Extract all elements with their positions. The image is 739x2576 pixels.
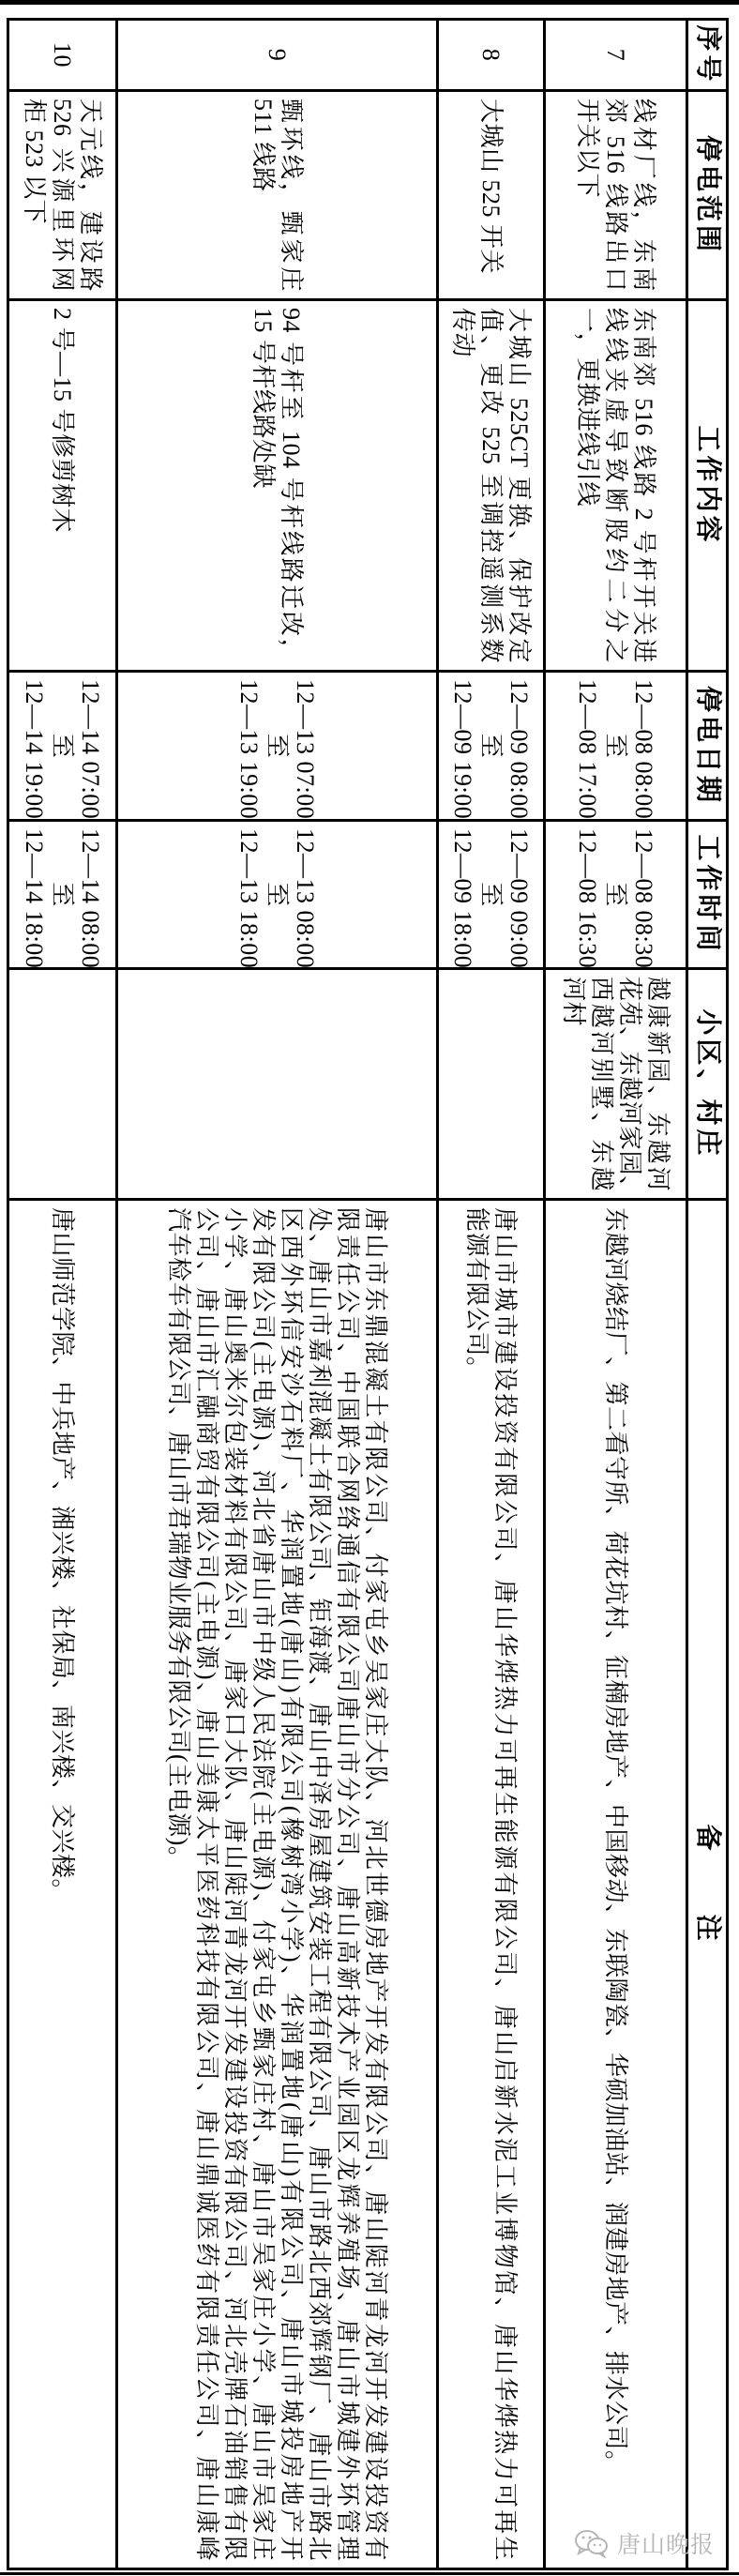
scope-line: 甄环线，甄家庄 <box>278 98 306 292</box>
table-row: 9 甄环线，甄家庄 511 线路 94 号杆至 104 号杆线路迁改， 15 号… <box>117 20 438 2569</box>
cell-work: 东南郊 516 线路 2 号杆开关进 线线夹虚导致断股约二分之 一，更换进线引线 <box>545 300 687 672</box>
time-end: 12—08 16:30 <box>574 828 602 961</box>
cell-outage-date: 12—08 08:00 至 12—08 17:00 <box>545 672 687 821</box>
cell-work-time: 12—14 08:00 至 12—14 18:00 <box>8 821 117 969</box>
date-end: 12—09 19:00 <box>449 679 477 812</box>
scope-line: 开关以下 <box>574 98 602 292</box>
header-communities: 小区、村庄 <box>687 969 728 1200</box>
remark-line: 唐山市城市建设投资有限公司、唐山华烨热力可再生能源有限公司、唐山启新水泥工业博物… <box>491 1207 520 2561</box>
cell-scope: 大城山 525 开关 <box>438 91 545 300</box>
scope-line: 柜 523 以下 <box>21 98 49 292</box>
remark-line: 唐山市东鼎混凝土有限公司、付家屯乡吴家庄大队、河北世德房地产开发有限公司、唐山陡… <box>362 1207 390 2561</box>
cell-communities: 越康新园、东越河 花苑、东越河家园、 西越河别墅、东越 河村 <box>545 969 687 1200</box>
remark-line: 发有限公司(主电源)、河北省唐山市中级人民法院(主电源)、付家屯乡甄家庄村、唐山… <box>249 1207 278 2561</box>
time-start: 12—09 09:00 <box>505 828 534 961</box>
cell-outage-date: 12—13 07:00 至 12—13 19:00 <box>117 672 438 821</box>
table-row: 10 天元线，建设路 526 兴源里环网 柜 523 以下 2 号—15 号修剪… <box>8 20 117 2569</box>
cell-remarks: 唐山市东鼎混凝土有限公司、付家屯乡吴家庄大队、河北世德房地产开发有限公司、唐山陡… <box>117 1200 438 2569</box>
work-line: 一，更换进线引线 <box>574 308 602 663</box>
remark-line: 处、唐山市嘉利混凝土有限公司、钜海渡、唐山中泽房屋建筑安装工程有限公司、唐山市路… <box>306 1207 334 2561</box>
date-start: 12—14 07:00 <box>77 679 105 812</box>
table-row: 7 线材厂线，东南 郊 516 线路出口 开关以下 东南郊 516 线路 2 号… <box>545 20 687 2569</box>
bottom-rule <box>0 2572 739 2575</box>
header-remarks: 备 注 <box>687 1200 728 2569</box>
cell-work: 2 号—15 号修剪树木 <box>8 300 117 672</box>
cell-work-time: 12—13 08:00 至 12—13 18:00 <box>117 821 438 969</box>
time-end: 12—09 18:00 <box>449 828 477 961</box>
remark-line: 能源有限公司。 <box>463 1207 491 2561</box>
cell-no: 9 <box>117 20 438 91</box>
work-line: 大城山 525CT 更换、保护改定 <box>505 308 534 663</box>
date-separator: 至 <box>49 679 77 812</box>
header-row: 序号 停电范围 工作内容 停电日期 工作时间 小区、村庄 备 注 <box>687 20 728 2569</box>
scope-line: 天元线，建设路 <box>77 98 105 292</box>
work-line: 传动 <box>449 308 477 663</box>
date-end: 12—13 19:00 <box>235 679 264 812</box>
community-line: 越康新园、东越河 <box>644 977 672 1191</box>
work-line: 值、更改 525 至调控遥测系数 <box>477 308 505 663</box>
work-line: 94 号杆至 104 号杆线路迁改， <box>278 308 306 663</box>
time-separator: 至 <box>49 828 77 961</box>
header-work: 工作内容 <box>687 300 728 672</box>
date-start: 12—09 08:00 <box>505 679 534 812</box>
work-line: 15 号杆线路处缺 <box>249 308 278 663</box>
date-end: 12—08 17:00 <box>574 679 602 812</box>
scope-line: 526 兴源里环网 <box>49 98 77 292</box>
remark-line: 东越河烧结厂、第二看守所、荷花坑村、征楠房地产、中国移动、东联陶瓷、华硕加油站、… <box>602 1207 630 2561</box>
cell-communities <box>438 969 545 1200</box>
cell-work: 大城山 525CT 更换、保护改定 值、更改 525 至调控遥测系数 传动 <box>438 300 545 672</box>
watermark-text: 唐山晚报 <box>617 2526 715 2560</box>
cell-remarks: 唐山市城市建设投资有限公司、唐山华烨热力可再生能源有限公司、唐山启新水泥工业博物… <box>438 1200 545 2569</box>
community-line: 花苑、东越河家园、 <box>616 977 644 1191</box>
header-no: 序号 <box>687 20 728 91</box>
wechat-icon <box>574 2528 610 2558</box>
header-work-time: 工作时间 <box>687 821 728 969</box>
community-line: 河村 <box>560 977 588 1191</box>
rotated-table-wrapper: 序号 停电范围 工作内容 停电日期 工作时间 小区、村庄 备 注 7 线材厂线，… <box>9 18 729 2568</box>
scope-line: 郊 516 线路出口 <box>602 98 630 292</box>
power-outage-schedule-table: 序号 停电范围 工作内容 停电日期 工作时间 小区、村庄 备 注 7 线材厂线，… <box>7 18 729 2570</box>
work-line: 线线夹虚导致断股约二分之 <box>602 308 630 663</box>
community-line: 西越河别墅、东越 <box>588 977 616 1191</box>
remark-line: 汽车检车有限公司、唐山市君瑞物业服务有限公司(主电源)。 <box>165 1207 193 2561</box>
cell-no: 7 <box>545 20 687 91</box>
scope-line: 511 线路 <box>249 98 278 292</box>
cell-remarks: 唐山师范学院、中兵地产、湘兴楼、社保局、南兴楼、交兴楼。 <box>8 1200 117 2569</box>
date-separator: 至 <box>477 679 505 812</box>
date-start: 12—08 08:00 <box>630 679 658 812</box>
time-start: 12—14 08:00 <box>77 828 105 961</box>
top-rule <box>0 0 739 5</box>
time-end: 12—13 18:00 <box>235 828 264 961</box>
cell-outage-date: 12—14 07:00 至 12—14 19:00 <box>8 672 117 821</box>
remark-line: 唐山师范学院、中兵地产、湘兴楼、社保局、南兴楼、交兴楼。 <box>49 1207 77 2561</box>
time-start: 12—08 08:30 <box>630 828 658 961</box>
work-line: 2 号—15 号修剪树木 <box>49 308 77 663</box>
remark-line: 区西外环信安沙石料厂、华润置地(唐山)有限公司(橡树湾小学)、华润置地(唐山)有… <box>278 1207 306 2561</box>
table-row: 8 大城山 525 开关 大城山 525CT 更换、保护改定 值、更改 525 … <box>438 20 545 2569</box>
cell-work-time: 12—08 08:30 至 12—08 16:30 <box>545 821 687 969</box>
time-separator: 至 <box>477 828 505 961</box>
cell-scope: 线材厂线，东南 郊 516 线路出口 开关以下 <box>545 91 687 300</box>
header-outage-date: 停电日期 <box>687 672 728 821</box>
work-line: 东南郊 516 线路 2 号杆开关进 <box>630 308 658 663</box>
date-end: 12—14 19:00 <box>21 679 49 812</box>
cell-remarks: 东越河烧结厂、第二看守所、荷花坑村、征楠房地产、中国移动、东联陶瓷、华硕加油站、… <box>545 1200 687 2569</box>
cell-outage-date: 12—09 08:00 至 12—09 19:00 <box>438 672 545 821</box>
remark-line: 小学、唐山奥米尔包装材料有限公司、唐家口大队、唐山陡河青龙河开发建设投资有限公司… <box>221 1207 249 2561</box>
scope-line: 大城山 525 开关 <box>477 98 505 292</box>
time-start: 12—13 08:00 <box>292 828 320 961</box>
watermark: 唐山晚报 <box>574 2525 715 2561</box>
header-scope: 停电范围 <box>687 91 728 300</box>
cell-no: 10 <box>8 20 117 91</box>
time-end: 12—14 18:00 <box>21 828 49 961</box>
page: 序号 停电范围 工作内容 停电日期 工作时间 小区、村庄 备 注 7 线材厂线，… <box>0 0 739 2576</box>
date-separator: 至 <box>264 679 292 812</box>
time-separator: 至 <box>264 828 292 961</box>
cell-scope: 甄环线，甄家庄 511 线路 <box>117 91 438 300</box>
time-separator: 至 <box>602 828 630 961</box>
date-separator: 至 <box>602 679 630 812</box>
cell-work-time: 12—09 09:00 至 12—09 18:00 <box>438 821 545 969</box>
cell-communities <box>117 969 438 1200</box>
cell-no: 8 <box>438 20 545 91</box>
remark-line: 限责任公司、中国联合网络通信有限公司唐山市分公司、唐山高新技术产业园区龙辉养殖场… <box>334 1207 362 2561</box>
date-start: 12—13 07:00 <box>292 679 320 812</box>
cell-scope: 天元线，建设路 526 兴源里环网 柜 523 以下 <box>8 91 117 300</box>
scope-line: 线材厂线，东南 <box>630 98 658 292</box>
cell-work: 94 号杆至 104 号杆线路迁改， 15 号杆线路处缺 <box>117 300 438 672</box>
cell-communities <box>8 969 117 1200</box>
remark-line: 公司、唐山市汇融商贸有限公司(主电源)、唐山美康太平医药科技有限公司、唐山鼎诚医… <box>193 1207 221 2561</box>
